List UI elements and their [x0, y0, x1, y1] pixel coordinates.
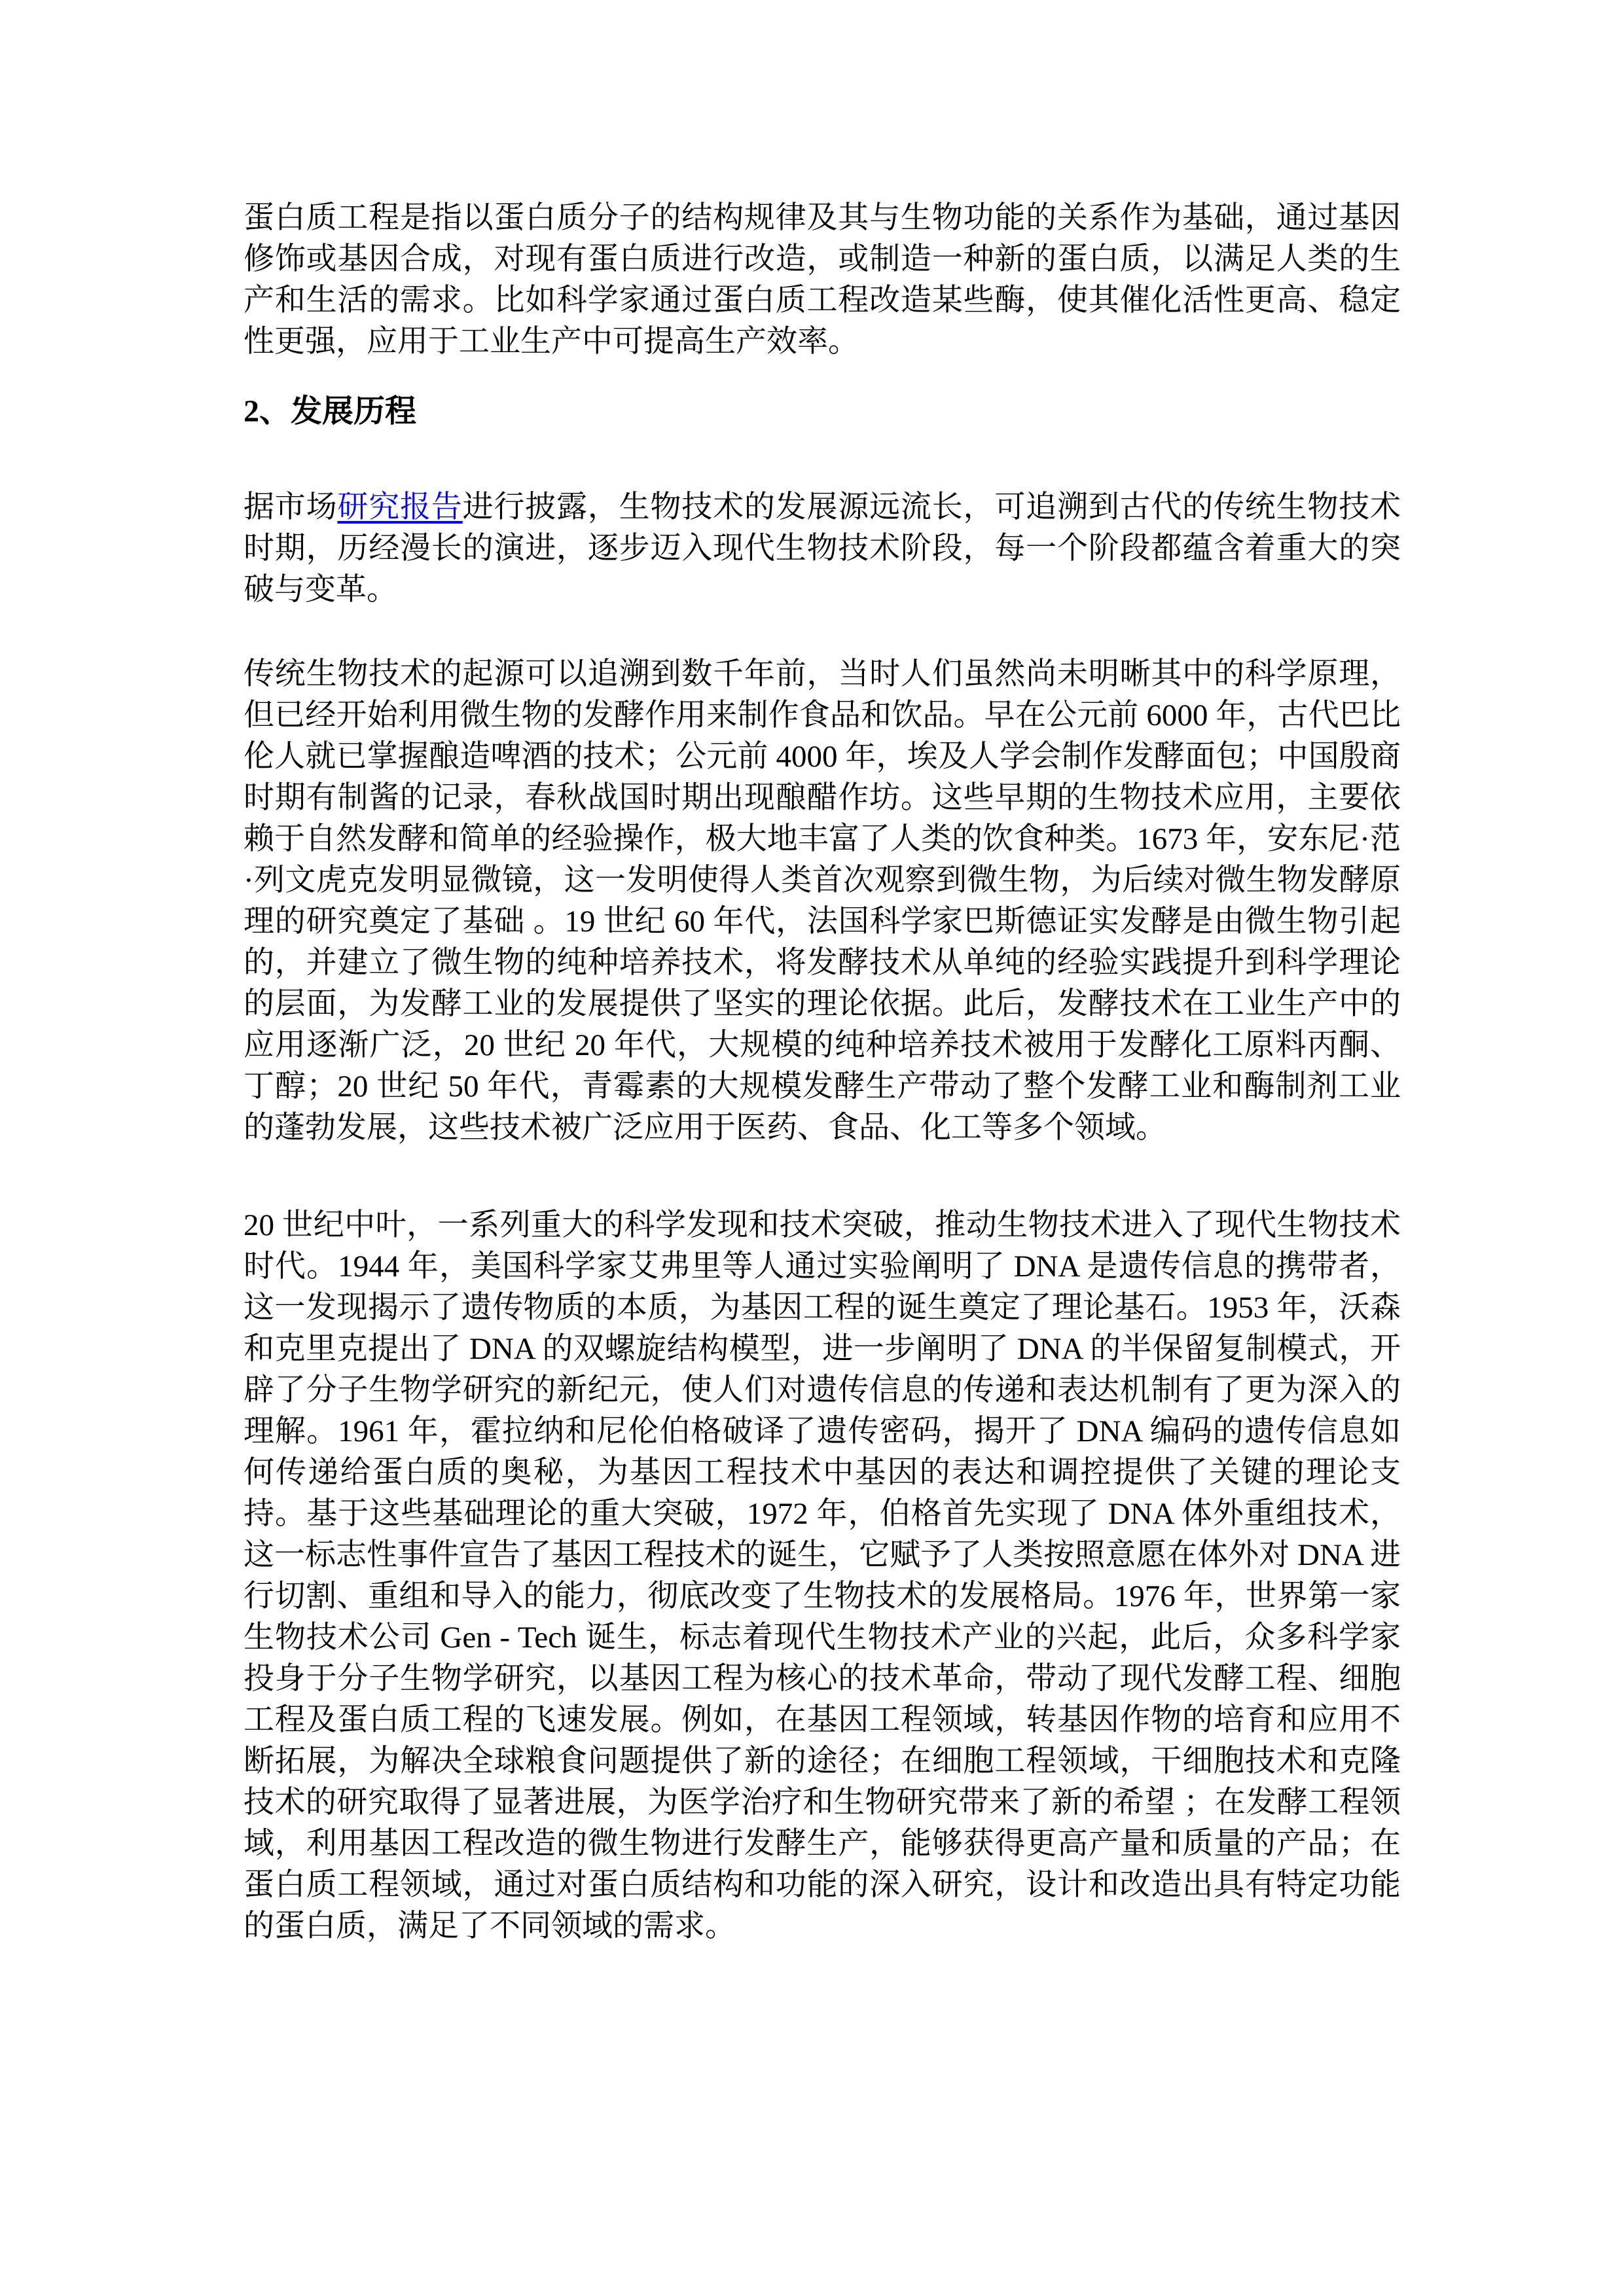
paragraph-protein-engineering-definition: 蛋白质工程是指以蛋白质分子的结构规律及其与生物功能的关系作为基础，通过基因修饰或… — [244, 198, 1401, 363]
research-report-link[interactable]: 研究报告 — [337, 490, 462, 524]
paragraph-development-intro-prefix: 据市场 — [244, 490, 337, 524]
section-heading-development-history: 2、发展历程 — [244, 391, 1401, 432]
paragraph-traditional-biotech-history: 传统生物技术的起源可以追溯到数千年前，当时人们虽然尚未明晰其中的科学原理，但已经… — [244, 654, 1401, 1149]
paragraph-development-intro: 据市场研究报告进行披露，生物技术的发展源远流长，可追溯到古代的传统生物技术时期，… — [244, 487, 1401, 611]
paragraph-modern-biotech-history: 20 世纪中叶，一系列重大的科学发现和技术突破，推动生物技术进入了现代生物技术时… — [244, 1205, 1401, 1947]
document-page: 蛋白质工程是指以蛋白质分子的结构规律及其与生物功能的关系作为基础，通过基因修饰或… — [0, 0, 1624, 2296]
document-content: 蛋白质工程是指以蛋白质分子的结构规律及其与生物功能的关系作为基础，通过基因修饰或… — [244, 198, 1401, 1947]
